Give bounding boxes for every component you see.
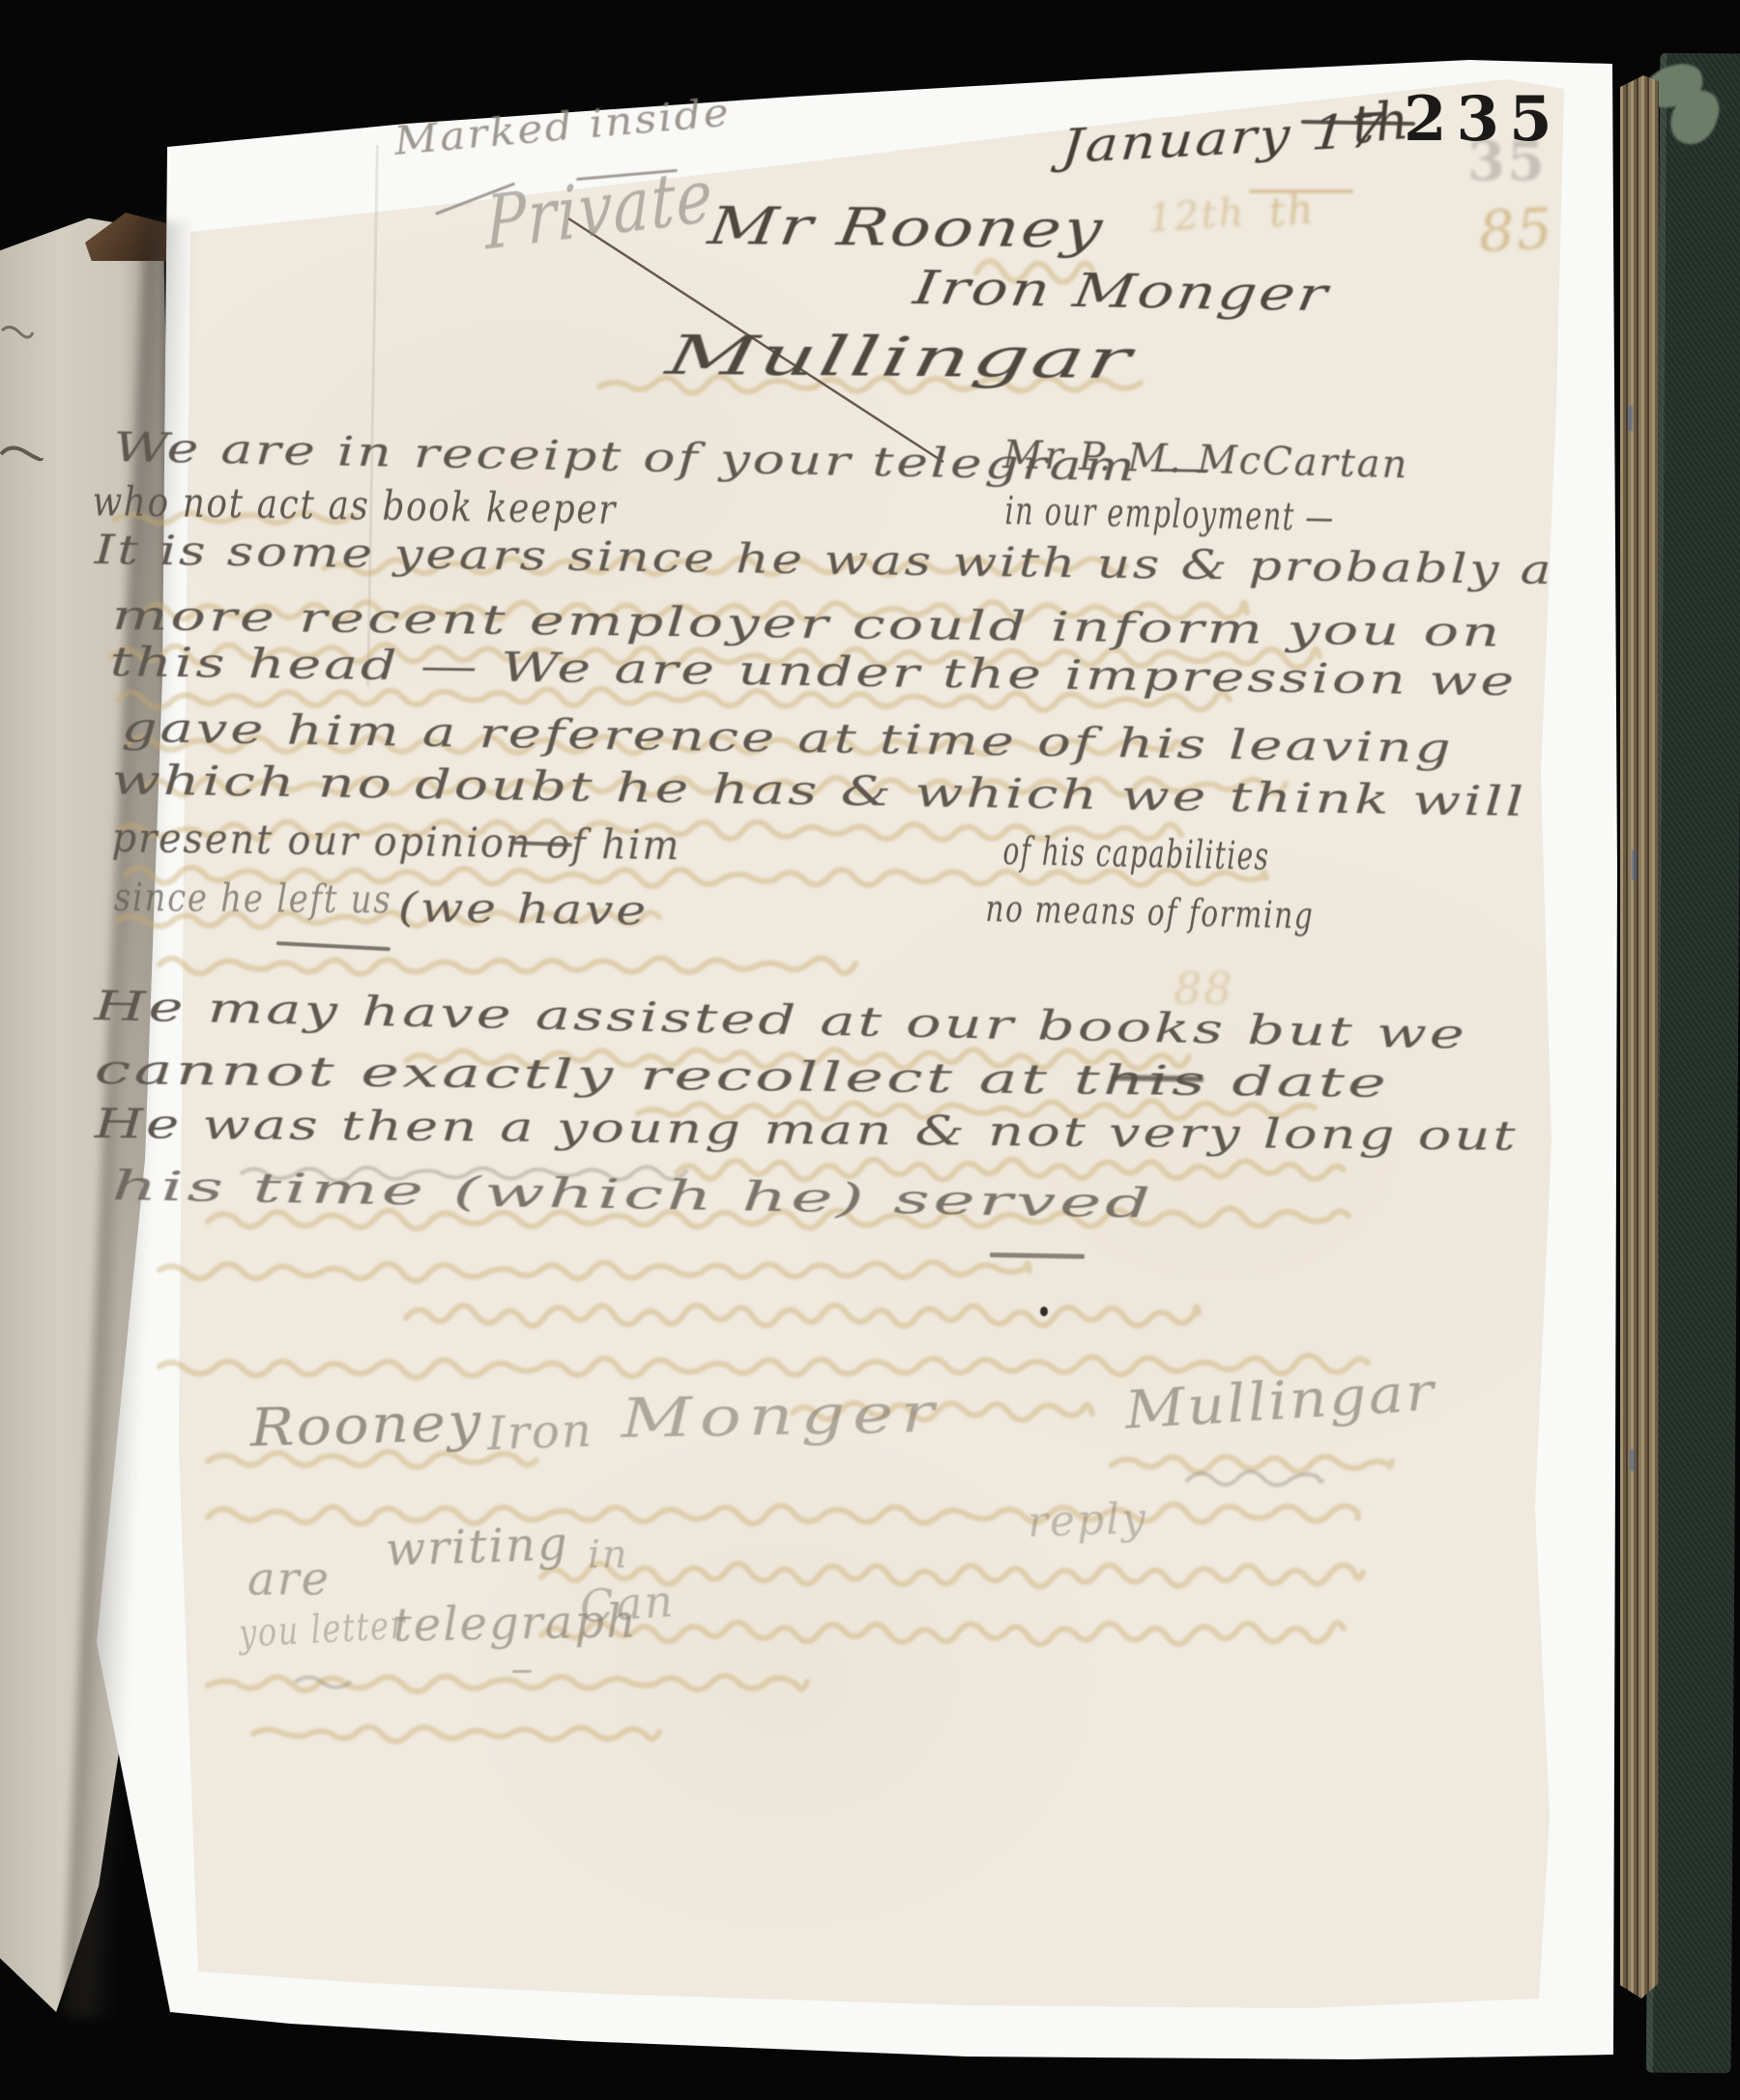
handwriting-line: present our opinion of him bbox=[111, 814, 681, 869]
letter-book-scan: 35 th 12th 85 88 Marked inside Private J… bbox=[0, 0, 1740, 2100]
footer-word: Monger bbox=[621, 1382, 942, 1451]
handwriting-line: of his capabilities bbox=[1002, 829, 1270, 879]
handwriting-line: no means of forming bbox=[985, 887, 1315, 937]
ink-dot bbox=[1040, 1307, 1048, 1316]
margin-mark bbox=[2, 327, 33, 337]
address-line: Iron Monger bbox=[910, 261, 1333, 322]
footer-word: Rooney bbox=[249, 1392, 483, 1458]
footer-word: Iron bbox=[486, 1403, 594, 1461]
page-number-stamp: 235 bbox=[1404, 83, 1562, 156]
address-line: Mr Rooney bbox=[705, 195, 1109, 259]
footer-word: in bbox=[588, 1533, 629, 1577]
margin-mark bbox=[1, 447, 42, 459]
footer-word: Can bbox=[578, 1574, 677, 1633]
ghost-date: 12th bbox=[1146, 190, 1247, 242]
handwriting-line: who not act as book keeper bbox=[92, 477, 617, 533]
dash-stroke bbox=[512, 1670, 532, 1673]
handwriting-line: in our employment — bbox=[1004, 489, 1335, 540]
ghost-number-85: 85 bbox=[1477, 195, 1555, 265]
footer-word: reply bbox=[1027, 1494, 1148, 1547]
footer-word: writing bbox=[385, 1516, 570, 1577]
ghost-strike-line bbox=[1249, 189, 1353, 193]
handwriting-line: (we have bbox=[397, 883, 649, 935]
footer-word: are bbox=[247, 1552, 331, 1606]
handwriting-line: since he left us bbox=[114, 876, 392, 923]
footer-word: you letter bbox=[238, 1603, 407, 1656]
address-line: Mullingar bbox=[661, 325, 1138, 391]
